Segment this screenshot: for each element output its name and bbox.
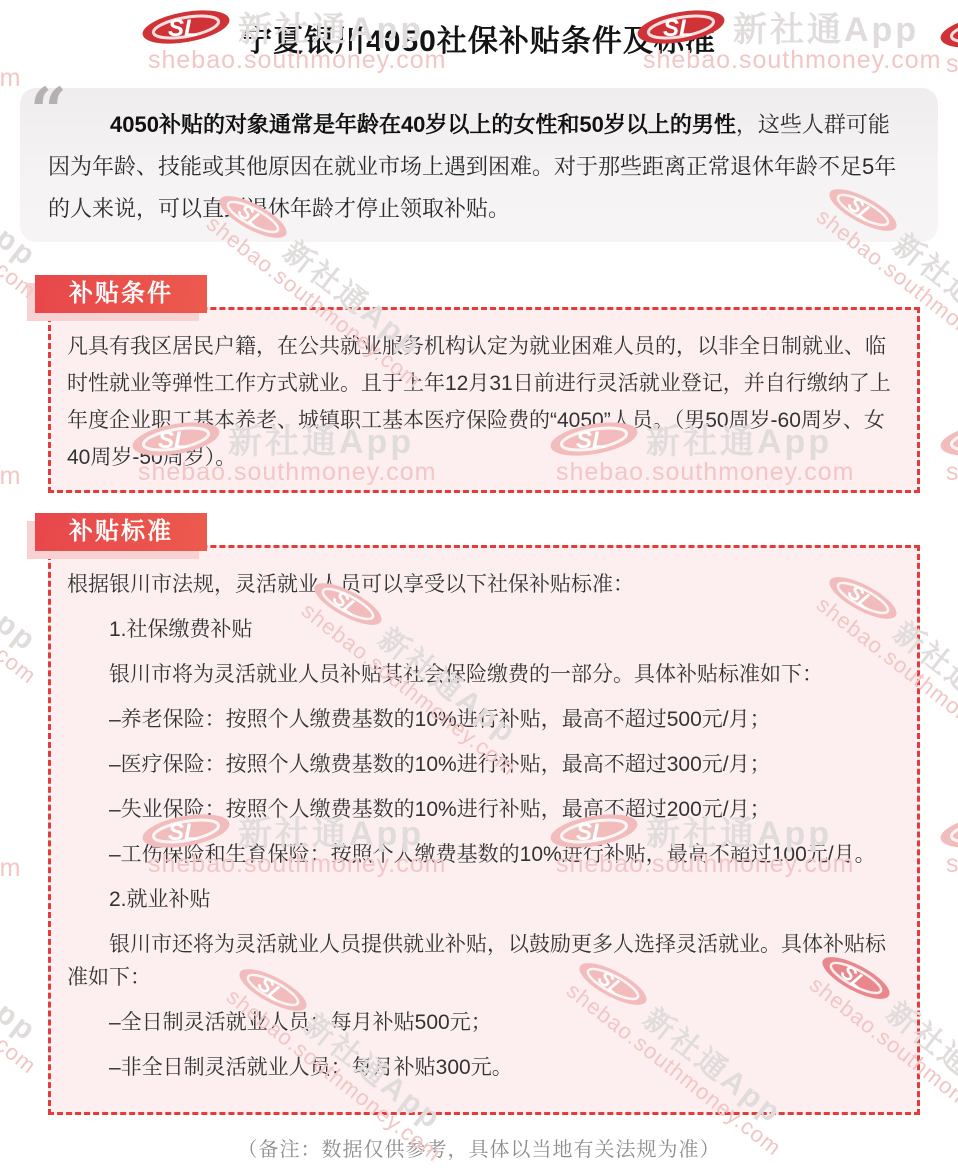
quote-mark-icon: “ bbox=[30, 80, 67, 144]
paragraph: –工伤保险和生育保险：按照个人缴费基数的10%进行补贴，最高不超过100元/月。 bbox=[67, 838, 901, 871]
paragraph: 1.社保缴费补贴 bbox=[67, 613, 901, 646]
footer-note: （备注：数据仅供参考，具体以当地有关法规为准） bbox=[0, 1135, 958, 1165]
section-conditions-label: 补贴条件 bbox=[35, 275, 207, 313]
section-conditions: 补贴条件 凡具有我区居民户籍，在公共就业服务机构认定为就业困难人员的，以非全日制… bbox=[48, 275, 920, 493]
article-content: 宁夏银川4050社保补贴条件及标准 “ 4050补贴的对象通常是年龄在40岁以上… bbox=[0, 0, 958, 1165]
paragraph: 银川市还将为灵活就业人员提供就业补贴，以鼓励更多人选择灵活就业。具体补贴标准如下… bbox=[67, 928, 901, 994]
intro-text-bold: 4050补贴的对象通常是年龄在40岁以上的女性和50岁以上的男性 bbox=[110, 112, 736, 137]
section-conditions-panel: 凡具有我区居民户籍，在公共就业服务机构认定为就业困难人员的，以非全日制就业、临时… bbox=[48, 307, 920, 493]
intro-quote-box: “ 4050补贴的对象通常是年龄在40岁以上的女性和50岁以上的男性，这些人群可… bbox=[20, 88, 938, 242]
section-standards-panel: 根据银川市法规，灵活就业人员可以享受以下社保补贴标准：1.社保缴费补贴银川市将为… bbox=[48, 545, 920, 1115]
paragraph: –非全日制灵活就业人员：每月补贴300元。 bbox=[67, 1051, 901, 1084]
paragraph: –养老保险：按照个人缴费基数的10%进行补贴，最高不超过500元/月； bbox=[67, 703, 901, 736]
paragraph: –医疗保险：按照个人缴费基数的10%进行补贴，最高不超过300元/月； bbox=[67, 748, 901, 781]
paragraph: 2.就业补贴 bbox=[67, 883, 901, 916]
section-standards: 补贴标准 根据银川市法规，灵活就业人员可以享受以下社保补贴标准：1.社保缴费补贴… bbox=[48, 513, 920, 1115]
intro-text: 4050补贴的对象通常是年龄在40岁以上的女性和50岁以上的男性，这些人群可能因… bbox=[48, 104, 910, 230]
paragraph: 凡具有我区居民户籍，在公共就业服务机构认定为就业困难人员的，以非全日制就业、临时… bbox=[67, 328, 901, 476]
paragraph: 银川市将为灵活就业人员补贴其社会保险缴费的一部分。具体补贴标准如下： bbox=[67, 658, 901, 691]
page-title: 宁夏银川4050社保补贴条件及标准 bbox=[0, 22, 958, 62]
paragraph: –失业保险：按照个人缴费基数的10%进行补贴，最高不超过200元/月； bbox=[67, 793, 901, 826]
paragraph: 根据银川市法规，灵活就业人员可以享受以下社保补贴标准： bbox=[67, 568, 901, 601]
article-page: SL新社通Appshebao.southmoney.comSL新社通Appshe… bbox=[0, 0, 958, 1174]
section-standards-label: 补贴标准 bbox=[35, 513, 207, 551]
paragraph: –全日制灵活就业人员：每月补贴500元； bbox=[67, 1006, 901, 1039]
